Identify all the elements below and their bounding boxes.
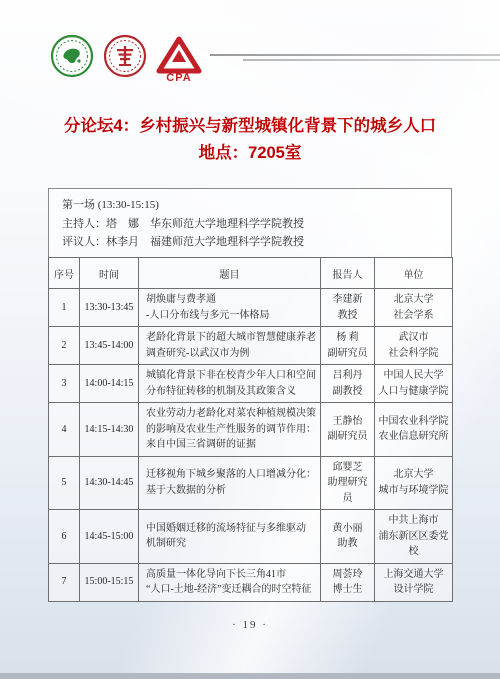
cell-no-line: 7 xyxy=(52,574,76,590)
table-row: 113:30-13:45胡焕庸与费孝通-人口分布线与多元一体格局李建新教授北京大… xyxy=(49,289,453,327)
agenda-table-head: 序号 时间 题目 报告人 单位 xyxy=(49,258,453,289)
cell-time: 14:15-14:30 xyxy=(80,403,139,457)
cell-reporter-line: 助理研究员 xyxy=(324,475,371,506)
cell-reporter-line: 博士生 xyxy=(324,582,371,598)
cell-time-line: 14:45-15:00 xyxy=(83,529,135,545)
cell-affiliation-line: 城市与环境学院 xyxy=(378,483,449,499)
cell-affiliation: 武汉市社会科学院 xyxy=(375,327,453,365)
cell-affiliation: 上海交通大学设计学院 xyxy=(375,563,453,601)
cell-time-line: 14:00-14:15 xyxy=(83,376,135,392)
cell-title: 城镇化背景下非在校青少年人口和空间分布特征转移的机制及其政策含义 xyxy=(139,365,321,403)
cell-reporter-line: 副研究员 xyxy=(324,429,371,445)
header-rule-line xyxy=(210,54,500,56)
cell-reporter-line: 邱婴芝 xyxy=(324,460,371,476)
cell-affiliation-line: 社会科学院 xyxy=(378,346,449,362)
cell-title: 中国婚姻迁移的流场特征与多维驱动机制研究 xyxy=(139,510,321,564)
cell-time-line: 15:00-15:15 xyxy=(83,574,135,590)
cell-time: 13:30-13:45 xyxy=(80,289,139,327)
cell-title: 迁移视角下城乡聚落的人口增减分化：基于大数据的分析 xyxy=(139,456,321,510)
cell-no: 7 xyxy=(49,563,80,601)
agenda-table: 序号 时间 题目 报告人 单位 113:30-13:45胡焕庸与费孝通-人口分布… xyxy=(48,257,453,602)
cell-no: 6 xyxy=(49,510,80,564)
discussant-name: 林李月 xyxy=(106,236,139,248)
cell-no-line: 3 xyxy=(52,376,76,392)
cell-time-line: 14:30-14:45 xyxy=(83,475,135,491)
cell-no-line: 6 xyxy=(52,529,76,545)
cell-reporter: 黄小丽助教 xyxy=(321,510,375,564)
cell-affiliation: 中国人民大学人口与健康学院 xyxy=(375,365,453,403)
header-cell-time: 时间 xyxy=(80,258,139,289)
cell-title-line: 城镇化背景下非在校青少年人口和空间 xyxy=(146,368,316,384)
session-info-box: 第一场 (13:30-15:15) 主持人：塔 娜 华东师范大学地理科学学院教授… xyxy=(48,188,452,258)
cell-title-line: 老龄化背景下的超大城市智慧健康养老 xyxy=(146,330,316,346)
page-bottom-edge xyxy=(0,673,500,679)
table-row: 614:45-15:00中国婚姻迁移的流场特征与多维驱动机制研究黄小丽助教中共上… xyxy=(49,510,453,564)
cell-affiliation-line: 浦东新区区委党校 xyxy=(378,529,449,560)
cell-no: 3 xyxy=(49,365,80,403)
table-row: 514:30-14:45迁移视角下城乡聚落的人口增减分化：基于大数据的分析邱婴芝… xyxy=(49,456,453,510)
cell-reporter: 周荟玲博士生 xyxy=(321,563,375,601)
cell-no: 4 xyxy=(49,403,80,457)
forum-title-block: 分论坛4：乡村振兴与新型城镇化背景下的城乡人口 地点：7205室 xyxy=(0,113,500,167)
cell-title-line: 农业劳动力老龄化对菜农种植规模决策 xyxy=(146,406,316,422)
cell-reporter: 杨 莉副研究员 xyxy=(321,327,375,365)
host-label: 主持人： xyxy=(62,218,106,230)
cell-title-line: 分布特征转移的机制及其政策含义 xyxy=(146,384,316,400)
cell-time: 14:00-14:15 xyxy=(80,365,139,403)
cell-affiliation: 北京大学城市与环境学院 xyxy=(375,456,453,510)
cell-reporter-line: 助教 xyxy=(324,536,371,552)
cell-affiliation-line: 农业信息研究所 xyxy=(378,429,449,445)
cell-title-line: 中国婚姻迁移的流场特征与多维驱动 xyxy=(146,521,316,537)
cell-title-line: 调查研究-以武汉市为例 xyxy=(146,346,316,362)
cell-title: 胡焕庸与费孝通-人口分布线与多元一体格局 xyxy=(139,289,321,327)
cell-reporter-line: 王静怡 xyxy=(324,414,371,430)
cell-title-line: 机制研究 xyxy=(146,536,316,552)
session-discussant-line: 评议人：林李月 福建师范大学地理科学学院教授 xyxy=(62,233,438,252)
cell-reporter-line: 周荟玲 xyxy=(324,567,371,583)
cell-no: 2 xyxy=(49,327,80,365)
header-cell-unit: 单位 xyxy=(375,258,453,289)
cell-title-line: -人口分布线与多元一体格局 xyxy=(146,308,316,324)
cell-affiliation-line: 中国农业科学院 xyxy=(378,414,449,430)
program-page: CPA 分论坛4：乡村振兴与新型城镇化背景下的城乡人口 地点：7205室 第一场… xyxy=(0,0,500,679)
forum-title-line1: 分论坛4：乡村振兴与新型城镇化背景下的城乡人口 xyxy=(0,113,500,140)
forum-title-line2: 地点：7205室 xyxy=(0,140,500,167)
cell-reporter-line: 教授 xyxy=(324,308,371,324)
cell-affiliation-line: 社会学系 xyxy=(378,308,449,324)
cell-affiliation-line: 人口与健康学院 xyxy=(378,384,449,400)
cell-reporter-line: 吕利丹 xyxy=(324,368,371,384)
cell-reporter-line: 黄小丽 xyxy=(324,521,371,537)
cell-reporter-line: 副教授 xyxy=(324,384,371,400)
cell-title-line: 迁移视角下城乡聚落的人口增减分化： xyxy=(146,467,316,483)
cell-reporter-line: 杨 莉 xyxy=(324,330,371,346)
cell-affiliation-line: 中共上海市 xyxy=(378,513,449,529)
header-row: 序号 时间 题目 报告人 单位 xyxy=(49,258,453,289)
cell-title-line: 胡焕庸与费孝通 xyxy=(146,292,316,308)
geographical-society-logo-icon xyxy=(50,34,94,78)
cell-title: 农业劳动力老龄化对菜农种植规模决策的影响及农业生产性服务的调节作用：来自中国三省… xyxy=(139,403,321,457)
cell-time: 14:30-14:45 xyxy=(80,456,139,510)
university-emblem-logo-icon xyxy=(103,34,147,78)
cell-reporter-line: 副研究员 xyxy=(324,346,371,362)
cell-no-line: 2 xyxy=(52,338,76,354)
header-rule-line-2 xyxy=(243,59,500,61)
cell-time-line: 13:45-14:00 xyxy=(83,338,135,354)
cell-title-line: 基于大数据的分析 xyxy=(146,483,316,499)
cell-no-line: 1 xyxy=(52,300,76,316)
table-row: 314:00-14:15城镇化背景下非在校青少年人口和空间分布特征转移的机制及其… xyxy=(49,365,453,403)
table-row: 213:45-14:00老龄化背景下的超大城市智慧健康养老调查研究-以武汉市为例… xyxy=(49,327,453,365)
cell-reporter-line: 李建新 xyxy=(324,292,371,308)
cell-affiliation: 中共上海市浦东新区区委党校 xyxy=(375,510,453,564)
header-cell-title: 题目 xyxy=(139,258,321,289)
cell-title: 高质量一体化导向下长三角41市“人口-土地-经济”变迁耦合的时空特征 xyxy=(139,563,321,601)
agenda-table-body: 113:30-13:45胡焕庸与费孝通-人口分布线与多元一体格局李建新教授北京大… xyxy=(49,289,453,602)
discussant-affiliation: 福建师范大学地理科学学院教授 xyxy=(150,236,304,248)
table-row: 414:15-14:30农业劳动力老龄化对菜农种植规模决策的影响及农业生产性服务… xyxy=(49,403,453,457)
cpa-triangle-logo-icon xyxy=(156,36,202,74)
cell-affiliation: 北京大学社会学系 xyxy=(375,289,453,327)
cell-no: 5 xyxy=(49,456,80,510)
cell-no-line: 4 xyxy=(52,422,76,438)
cell-time-line: 13:30-13:45 xyxy=(83,300,135,316)
cell-title-line: “人口-土地-经济”变迁耦合的时空特征 xyxy=(146,582,316,598)
session-round: 第一场 (13:30-15:15) xyxy=(62,196,438,215)
cell-affiliation-line: 北京大学 xyxy=(378,467,449,483)
host-name: 塔 娜 xyxy=(106,218,139,230)
cell-reporter: 邱婴芝助理研究员 xyxy=(321,456,375,510)
header-cell-reporter: 报告人 xyxy=(321,258,375,289)
cell-title-line: 来自中国三省调研的证据 xyxy=(146,437,316,453)
cell-affiliation-line: 武汉市 xyxy=(378,330,449,346)
cell-title-line: 的影响及农业生产性服务的调节作用： xyxy=(146,422,316,438)
cell-time: 15:00-15:15 xyxy=(80,563,139,601)
cell-reporter: 吕利丹副教授 xyxy=(321,365,375,403)
cpa-logo-text: CPA xyxy=(166,72,191,84)
cell-title-line: 高质量一体化导向下长三角41市 xyxy=(146,567,316,583)
cell-time: 13:45-14:00 xyxy=(80,327,139,365)
cell-affiliation-line: 中国人民大学 xyxy=(378,368,449,384)
cell-reporter: 李建新教授 xyxy=(321,289,375,327)
cell-affiliation-line: 上海交通大学 xyxy=(378,567,449,583)
cell-no-line: 5 xyxy=(52,475,76,491)
cell-affiliation: 中国农业科学院农业信息研究所 xyxy=(375,403,453,457)
cell-title: 老龄化背景下的超大城市智慧健康养老调查研究-以武汉市为例 xyxy=(139,327,321,365)
host-affiliation: 华东师范大学地理科学学院教授 xyxy=(150,218,304,230)
logo-row: CPA xyxy=(50,34,202,84)
cpa-logo: CPA xyxy=(156,36,202,84)
cell-affiliation-line: 设计学院 xyxy=(378,582,449,598)
cell-affiliation-line: 北京大学 xyxy=(378,292,449,308)
discussant-label: 评议人： xyxy=(62,236,106,248)
header-cell-no: 序号 xyxy=(49,258,80,289)
cell-time: 14:45-15:00 xyxy=(80,510,139,564)
table-row: 715:00-15:15高质量一体化导向下长三角41市“人口-土地-经济”变迁耦… xyxy=(49,563,453,601)
session-host-line: 主持人：塔 娜 华东师范大学地理科学学院教授 xyxy=(62,215,438,234)
cell-no: 1 xyxy=(49,289,80,327)
cell-time-line: 14:15-14:30 xyxy=(83,422,135,438)
cell-reporter: 王静怡副研究员 xyxy=(321,403,375,457)
page-number: · 19 · xyxy=(0,619,500,631)
